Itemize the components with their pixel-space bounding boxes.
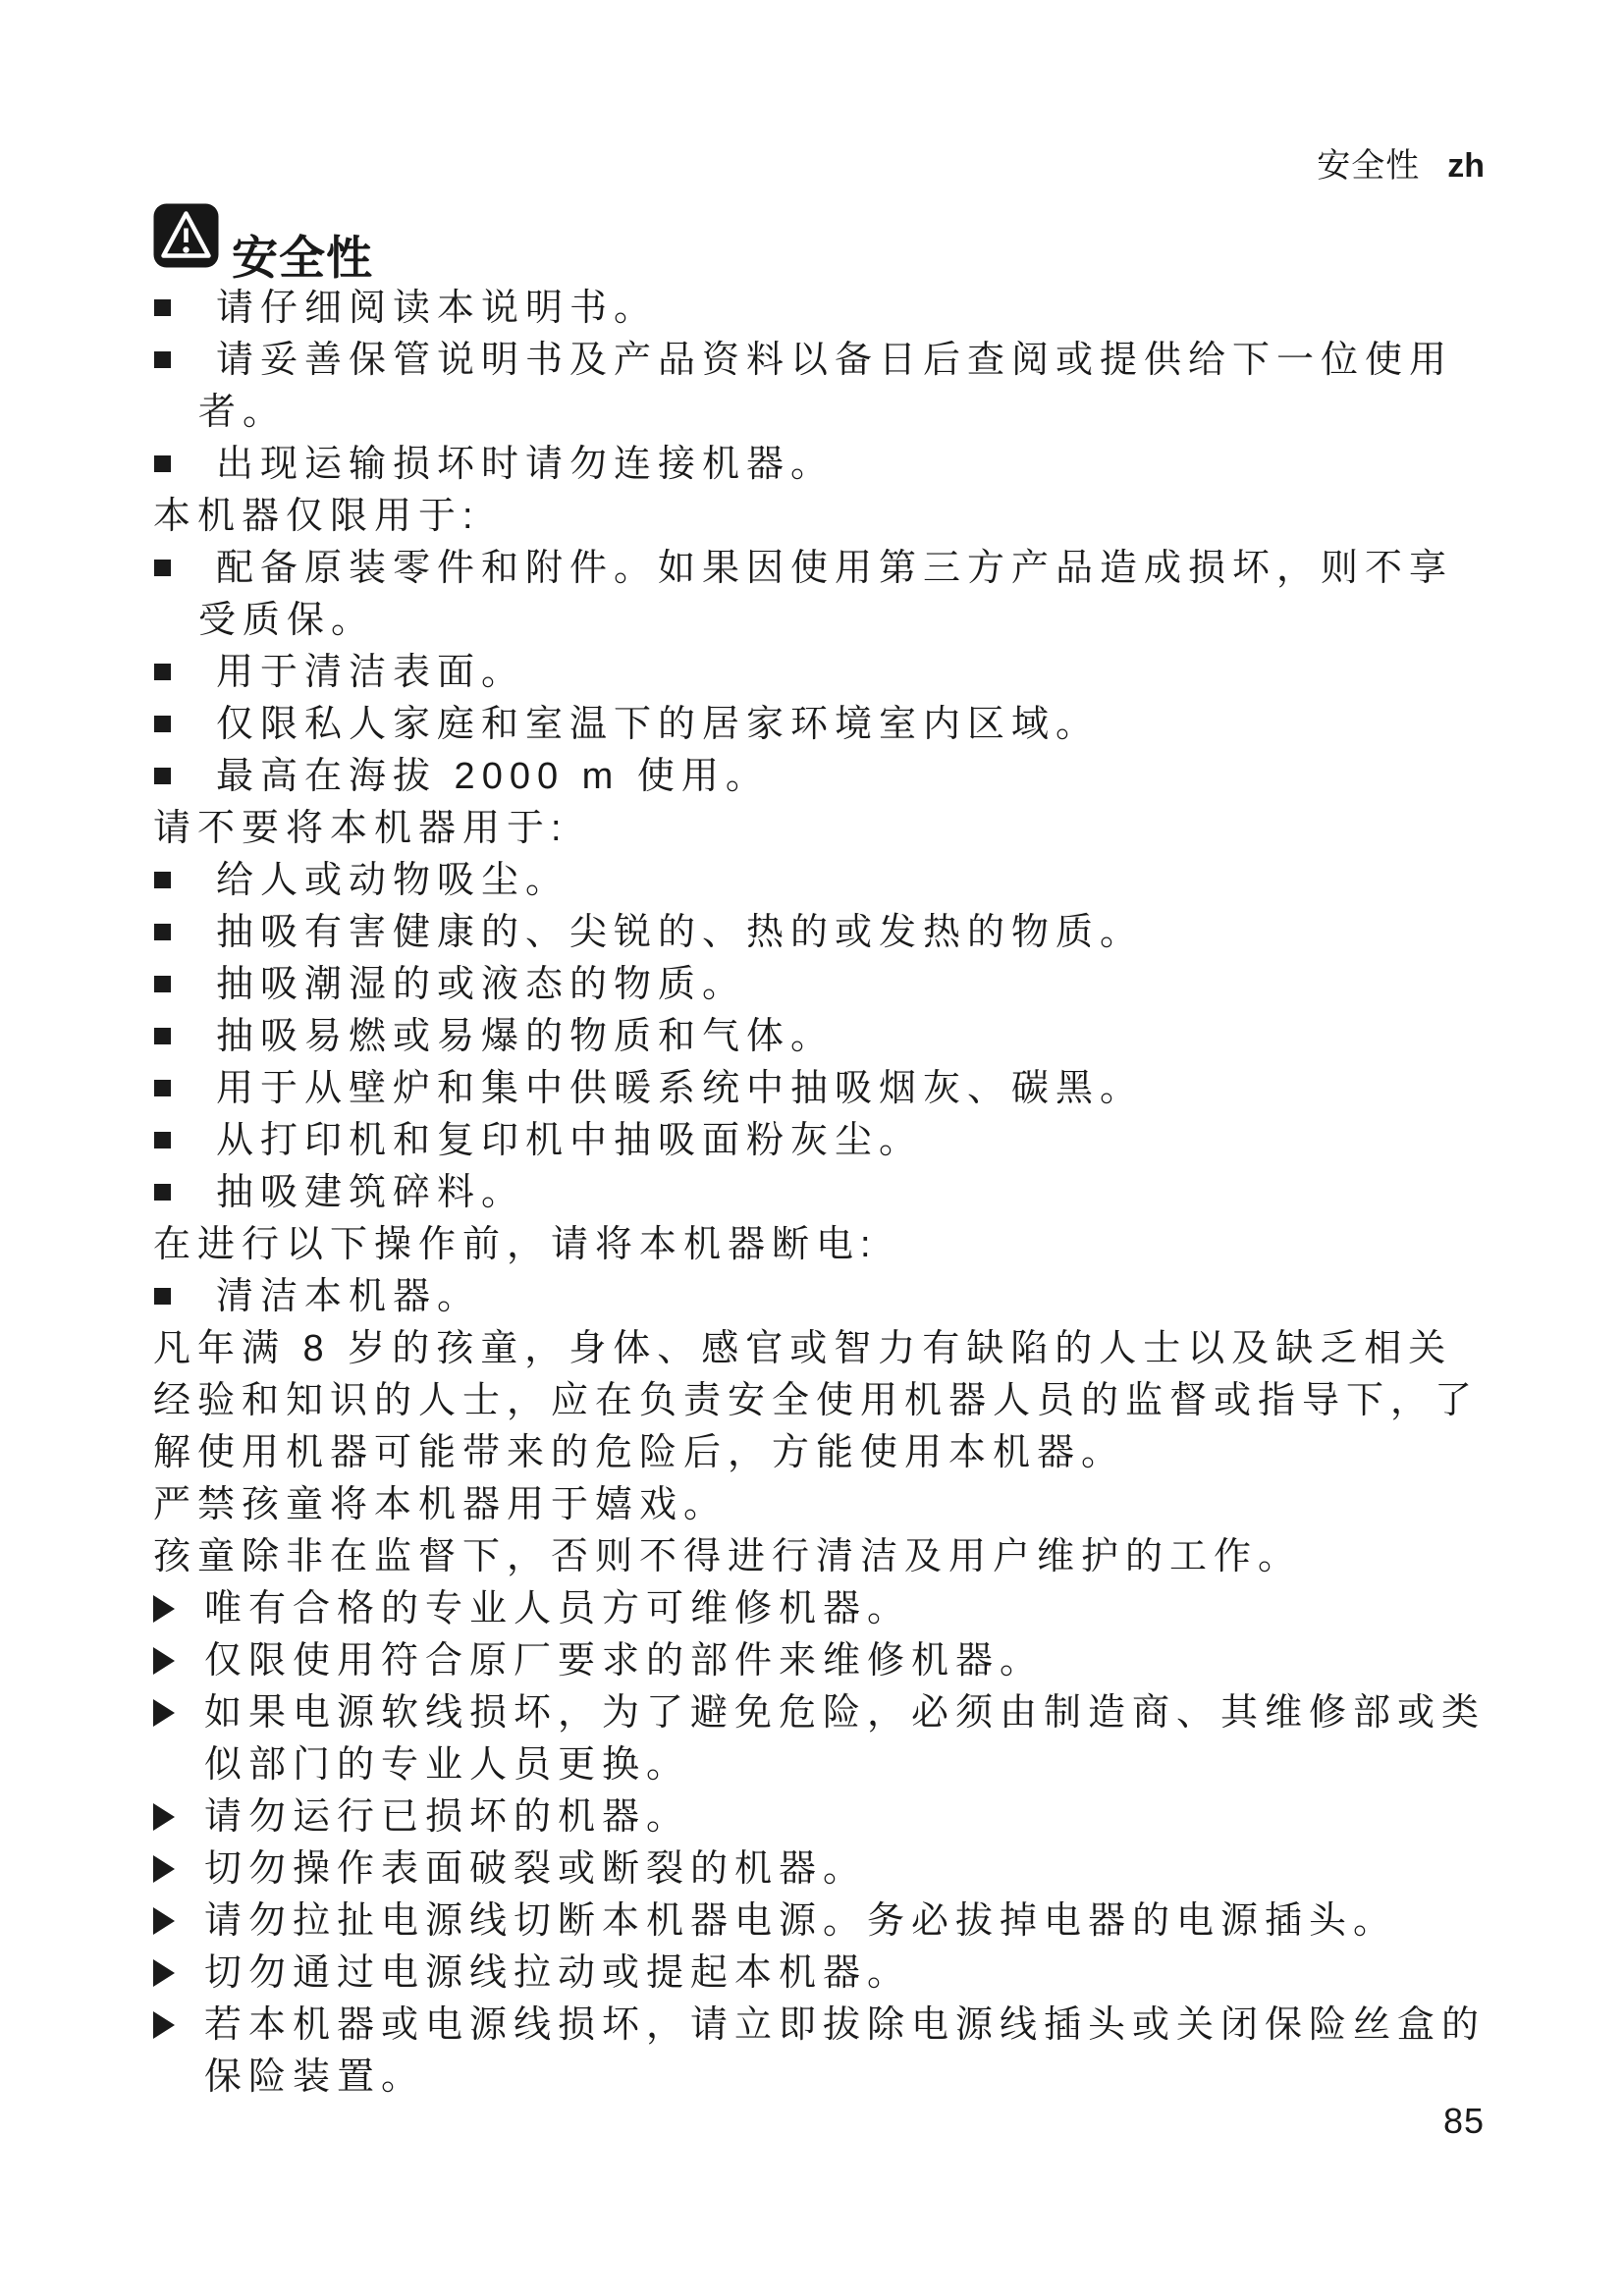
square-bullet-icon bbox=[154, 976, 171, 992]
list-item: 本机器仅限用于: bbox=[153, 491, 1490, 543]
item-text: 抽吸易燃或易爆的物质和气体。 bbox=[198, 1011, 1490, 1063]
arrow-bullet-icon bbox=[153, 1647, 175, 1675]
list-item: 请仔细阅读本说明书。 bbox=[153, 283, 1490, 335]
list-item: 抽吸潮湿的或液态的物质。 bbox=[153, 959, 1490, 1011]
item-text: 切勿操作表面破裂或断裂的机器。 bbox=[204, 1843, 1490, 1896]
item-text: 请妥善保管说明书及产品资料以备日后查阅或提供给下一位使用者。 bbox=[198, 335, 1490, 439]
square-bullet-icon bbox=[154, 1080, 171, 1096]
list-item: 抽吸易燃或易爆的物质和气体。 bbox=[153, 1011, 1490, 1063]
item-text: 请仔细阅读本说明书。 bbox=[198, 283, 1490, 335]
list-item: 抽吸建筑碎料。 bbox=[153, 1167, 1490, 1219]
list-item: 切勿操作表面破裂或断裂的机器。 bbox=[153, 1843, 1490, 1896]
list-item: 抽吸有害健康的、尖锐的、热的或发热的物质。 bbox=[153, 907, 1490, 959]
item-text: 请勿拉扯电源线切断本机器电源。务必拔掉电器的电源插头。 bbox=[204, 1896, 1490, 1948]
item-text: 若本机器或电源线损坏，请立即拔除电源线插头或关闭保险丝盒的保险装置。 bbox=[204, 2000, 1490, 2104]
list-item: 切勿通过电源线拉动或提起本机器。 bbox=[153, 1948, 1490, 2000]
square-bullet-icon bbox=[154, 924, 171, 940]
manual-page: 安全性zh 安全性 请仔细阅读本说明书。 请妥善保管说明书及产品资料以备日后查阅… bbox=[0, 0, 1624, 2296]
list-item: 请妥善保管说明书及产品资料以备日后查阅或提供给下一位使用者。 bbox=[153, 335, 1490, 439]
page-number: 85 bbox=[1443, 2101, 1485, 2142]
square-bullet-icon bbox=[154, 768, 171, 784]
item-text: 唯有合格的专业人员方可维修机器。 bbox=[204, 1583, 1490, 1635]
header-section-label: 安全性 bbox=[1317, 147, 1420, 185]
list-item: 出现运输损坏时请勿连接机器。 bbox=[153, 439, 1490, 491]
list-item: 给人或动物吸尘。 bbox=[153, 855, 1490, 907]
square-bullet-icon bbox=[154, 1028, 171, 1044]
item-text: 抽吸建筑碎料。 bbox=[198, 1167, 1490, 1219]
square-bullet-icon bbox=[154, 455, 171, 472]
item-text: 仅限使用符合原厂要求的部件来维修机器。 bbox=[204, 1635, 1490, 1687]
item-text: 最高在海拔 2000 m 使用。 bbox=[198, 751, 1490, 803]
warning-triangle-icon bbox=[153, 203, 219, 268]
list-item: 严禁孩童将本机器用于嬉戏。 bbox=[153, 1479, 1490, 1531]
list-item: 若本机器或电源线损坏，请立即拔除电源线插头或关闭保险丝盒的保险装置。 bbox=[153, 2000, 1490, 2104]
item-text: 抽吸潮湿的或液态的物质。 bbox=[198, 959, 1490, 1011]
list-item: 唯有合格的专业人员方可维修机器。 bbox=[153, 1583, 1490, 1635]
item-text: 本机器仅限用于: bbox=[153, 491, 1490, 543]
square-bullet-icon bbox=[154, 560, 171, 576]
list-item: 仅限使用符合原厂要求的部件来维修机器。 bbox=[153, 1635, 1490, 1687]
square-bullet-icon bbox=[154, 716, 171, 732]
arrow-bullet-icon bbox=[153, 1855, 175, 1883]
square-bullet-icon bbox=[154, 872, 171, 888]
item-text: 严禁孩童将本机器用于嬉戏。 bbox=[153, 1479, 1490, 1531]
item-text: 用于清洁表面。 bbox=[198, 647, 1490, 699]
item-text: 在进行以下操作前，请将本机器断电: bbox=[153, 1219, 1490, 1271]
square-bullet-icon bbox=[154, 1184, 171, 1201]
square-bullet-icon bbox=[154, 299, 171, 316]
item-text: 孩童除非在监督下，否则不得进行清洁及用户维护的工作。 bbox=[153, 1531, 1490, 1583]
list-item: 如果电源软线损坏，为了避免危险，必须由制造商、其维修部或类似部门的专业人员更换。 bbox=[153, 1687, 1490, 1791]
content-list: 请仔细阅读本说明书。 请妥善保管说明书及产品资料以备日后查阅或提供给下一位使用者… bbox=[153, 283, 1490, 2104]
item-text: 仅限私人家庭和室温下的居家环境室内区域。 bbox=[198, 699, 1490, 751]
item-text: 如果电源软线损坏，为了避免危险，必须由制造商、其维修部或类似部门的专业人员更换。 bbox=[204, 1687, 1490, 1791]
list-item: 仅限私人家庭和室温下的居家环境室内区域。 bbox=[153, 699, 1490, 751]
item-text: 请勿运行已损坏的机器。 bbox=[204, 1791, 1490, 1843]
list-item: 凡年满 8 岁的孩童，身体、感官或智力有缺陷的人士以及缺乏相关经验和知识的人士，… bbox=[153, 1323, 1490, 1479]
arrow-bullet-icon bbox=[153, 2011, 175, 2039]
item-text: 清洁本机器。 bbox=[198, 1271, 1490, 1323]
list-item: 用于清洁表面。 bbox=[153, 647, 1490, 699]
square-bullet-icon bbox=[154, 664, 171, 680]
page-title: 安全性 bbox=[232, 222, 373, 288]
item-text: 请不要将本机器用于: bbox=[153, 803, 1490, 855]
list-item: 孩童除非在监督下，否则不得进行清洁及用户维护的工作。 bbox=[153, 1531, 1490, 1583]
list-item: 在进行以下操作前，请将本机器断电: bbox=[153, 1219, 1490, 1271]
item-text: 给人或动物吸尘。 bbox=[198, 855, 1490, 907]
arrow-bullet-icon bbox=[153, 1803, 175, 1831]
list-item: 请勿运行已损坏的机器。 bbox=[153, 1791, 1490, 1843]
item-text: 用于从壁炉和集中供暖系统中抽吸烟灰、碳黑。 bbox=[198, 1063, 1490, 1115]
item-text: 出现运输损坏时请勿连接机器。 bbox=[198, 439, 1490, 491]
list-item: 清洁本机器。 bbox=[153, 1271, 1490, 1323]
item-text: 从打印机和复印机中抽吸面粉灰尘。 bbox=[198, 1115, 1490, 1167]
square-bullet-icon bbox=[154, 351, 171, 368]
list-item: 最高在海拔 2000 m 使用。 bbox=[153, 751, 1490, 803]
list-item: 配备原装零件和附件。如果因使用第三方产品造成损坏，则不享受质保。 bbox=[153, 543, 1490, 647]
square-bullet-icon bbox=[154, 1288, 171, 1305]
item-text: 配备原装零件和附件。如果因使用第三方产品造成损坏，则不享受质保。 bbox=[198, 543, 1490, 647]
running-header: 安全性zh bbox=[1317, 147, 1485, 185]
list-item: 从打印机和复印机中抽吸面粉灰尘。 bbox=[153, 1115, 1490, 1167]
arrow-bullet-icon bbox=[153, 1959, 175, 1987]
item-text: 抽吸有害健康的、尖锐的、热的或发热的物质。 bbox=[198, 907, 1490, 959]
arrow-bullet-icon bbox=[153, 1699, 175, 1727]
item-text: 切勿通过电源线拉动或提起本机器。 bbox=[204, 1948, 1490, 2000]
list-item: 请勿拉扯电源线切断本机器电源。务必拔掉电器的电源插头。 bbox=[153, 1896, 1490, 1948]
square-bullet-icon bbox=[154, 1132, 171, 1148]
list-item: 请不要将本机器用于: bbox=[153, 803, 1490, 855]
item-text: 凡年满 8 岁的孩童，身体、感官或智力有缺陷的人士以及缺乏相关经验和知识的人士，… bbox=[153, 1323, 1490, 1479]
arrow-bullet-icon bbox=[153, 1907, 175, 1935]
arrow-bullet-icon bbox=[153, 1595, 175, 1623]
list-item: 用于从壁炉和集中供暖系统中抽吸烟灰、碳黑。 bbox=[153, 1063, 1490, 1115]
header-lang-label: zh bbox=[1447, 147, 1485, 185]
